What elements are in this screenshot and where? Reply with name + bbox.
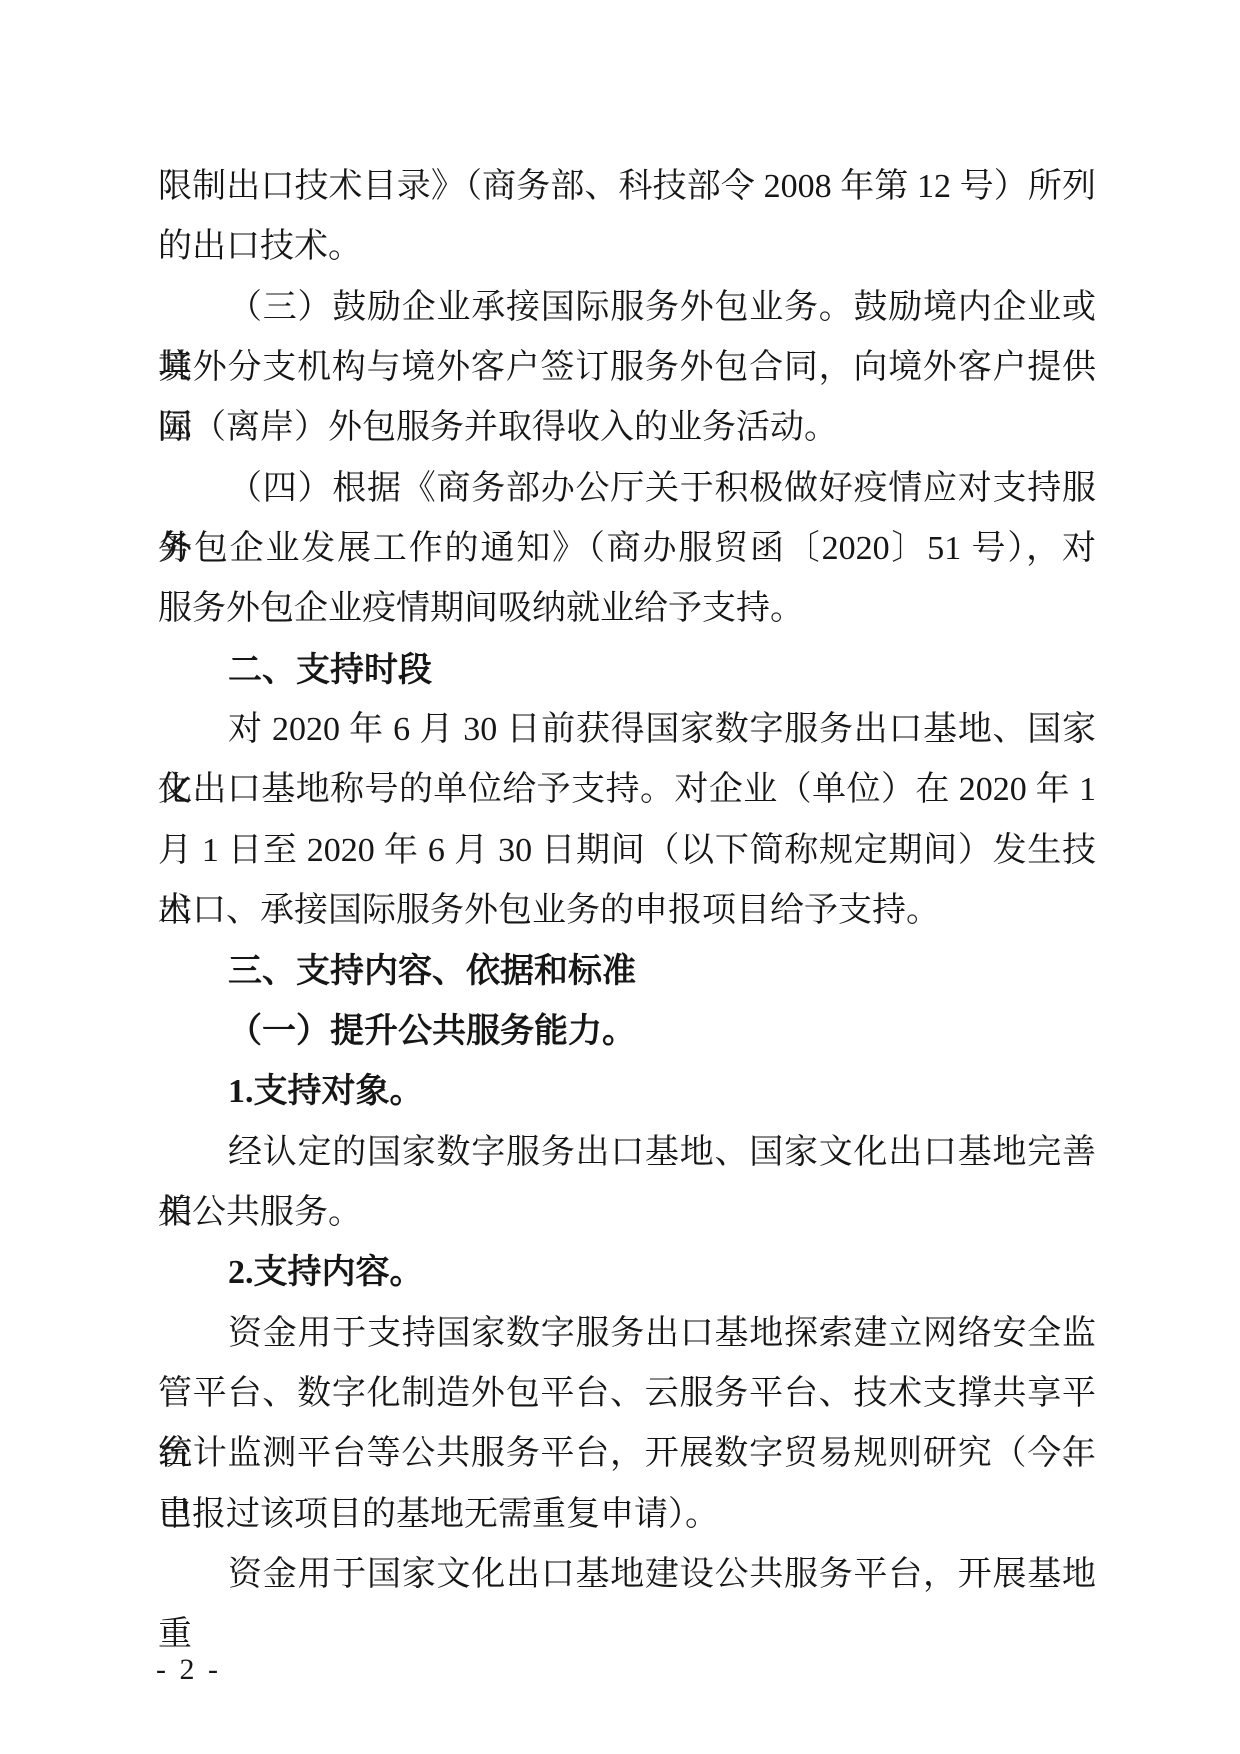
document-line: 出口、承接国际服务外包业务的申报项目给予支持。 [158, 881, 1096, 941]
document-line: （四）根据《商务部办公厅关于积极做好疫情应对支持服务 [158, 459, 1096, 519]
document-line: 申报过该项目的基地无需重复申请）。 [158, 1485, 1096, 1545]
page-number: - 2 - [156, 1650, 221, 1690]
document-line: 际（离岸）外包服务并取得收入的业务活动。 [158, 398, 1096, 458]
heading-line: 2.支持内容。 [158, 1243, 1096, 1303]
document-line: 管平台、数字化制造外包平台、云服务平台、技术支撑共享平台、 [158, 1364, 1096, 1424]
document-line: 外包企业发展工作的通知》（商办服贸函〔2020〕51 号），对 [158, 519, 1096, 579]
document-line: 资金用于支持国家数字服务出口基地探索建立网络安全监 [158, 1304, 1096, 1364]
document-line: 境外分支机构与境外客户签订服务外包合同，向境外客户提供国 [158, 338, 1096, 398]
document-line: 的出口技术。 [158, 217, 1096, 277]
document-line: 关公共服务。 [158, 1183, 1096, 1243]
heading-line: 1.支持对象。 [158, 1062, 1096, 1122]
document-line: 限制出口技术目录》（商务部、科技部令 2008 年第 12 号）所列 [158, 157, 1096, 217]
document-line: 月 1 日至 2020 年 6 月 30 日期间（以下简称规定期间）发生技术 [158, 821, 1096, 881]
heading-line: 二、支持时段 [158, 640, 1096, 700]
document-line: 统计监测平台等公共服务平台，开展数字贸易规则研究（今年已 [158, 1424, 1096, 1484]
document-line: 服务外包企业疫情期间吸纳就业给予支持。 [158, 579, 1096, 639]
document-line: 化出口基地称号的单位给予支持。对企业（单位）在 2020 年 1 [158, 760, 1096, 820]
heading-line: （一）提升公共服务能力。 [158, 1002, 1096, 1062]
document-line: 资金用于国家文化出口基地建设公共服务平台，开展基地重 [158, 1545, 1096, 1605]
document-line: （三）鼓励企业承接国际服务外包业务。鼓励境内企业或其 [158, 278, 1096, 338]
document-page: 限制出口技术目录》（商务部、科技部令 2008 年第 12 号）所列的出口技术。… [0, 0, 1240, 1754]
document-line: 对 2020 年 6 月 30 日前获得国家数字服务出口基地、国家文 [158, 700, 1096, 760]
heading-line: 三、支持内容、依据和标准 [158, 941, 1096, 1001]
document-body: 限制出口技术目录》（商务部、科技部令 2008 年第 12 号）所列的出口技术。… [158, 157, 1096, 1605]
document-line: 经认定的国家数字服务出口基地、国家文化出口基地完善相 [158, 1123, 1096, 1183]
